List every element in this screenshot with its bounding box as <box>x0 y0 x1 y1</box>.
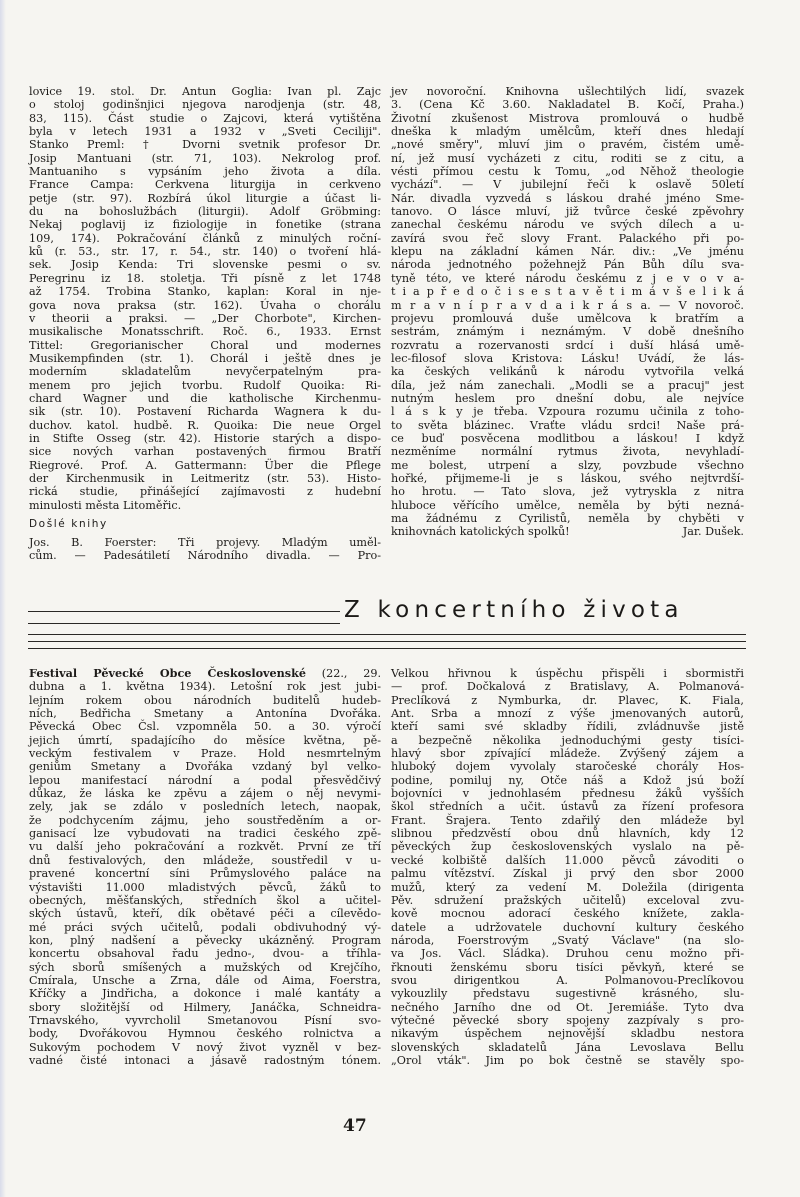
header-rule <box>28 641 746 642</box>
text-fragment: (22., 29. <box>306 667 381 680</box>
author-signature: Jar. Dušek. <box>683 525 744 538</box>
text-line: sek. Josip Kenda: Tri slovenske pesmi o … <box>29 258 381 271</box>
text-line: výstavišti 11.000 mladistvých pěvců, žák… <box>29 881 381 894</box>
column-top-left: lovice 19. stol. Dr. Antun Goglia: Ivan … <box>29 85 381 563</box>
text-line: sice nových varhan postavených firmou Br… <box>29 445 381 458</box>
text-line: slibnou předzvěstí obou dnů hlavních, kd… <box>391 827 744 840</box>
text-line: menem pro jejich tvorbu. Rudolf Quoika: … <box>29 379 381 392</box>
text-line: cům. — Padesátiletí Národního divadla. —… <box>29 549 381 562</box>
text-line: datele a udržovatele duchovní kultury če… <box>391 921 744 934</box>
text-line: petje (str. 97). Rozbírá úkol liturgie a… <box>29 192 381 205</box>
text-line: řknouti ženskému sboru tisíci pěvkyň, kt… <box>391 961 744 974</box>
text-line: France Campa: Cerkvena liturgija in cerk… <box>29 178 381 191</box>
text-line: Ant. Srba a mnozí z výše jmenovaných aut… <box>391 707 744 720</box>
text-line: zavírá svou řeč slovy Frant. Palackého p… <box>391 232 744 245</box>
text-line: ho hrotu. — Tato slova, jež vytryskla z … <box>391 485 744 498</box>
section-title: Z koncertního života <box>344 596 684 624</box>
text-line: me bolest, utrpení a slzy, povzbude všec… <box>391 459 744 472</box>
text-line: moderním skladatelům nevyčerpatelným pra… <box>29 365 381 378</box>
text-line: Kříčky a Jindřicha, a dokonce i malé kan… <box>29 987 381 1000</box>
text-line: ní, jež musí vycházeti z citu, roditi se… <box>391 152 744 165</box>
text-line: dubna a 1. května 1934). Letošní rok jes… <box>29 680 381 693</box>
column-bottom-right: Velkou hřivnou k úspěchu přispěli i sbor… <box>391 667 744 1067</box>
header-rule <box>28 634 746 635</box>
text-line: pěveckých žup československých vyslalo n… <box>391 840 744 853</box>
scan-edge <box>0 0 6 1197</box>
column-top-right: jev novoroční. Knihovna ušlechtilých lid… <box>391 85 744 539</box>
text-line: hlavý sbor zpívající mládeže. Zvýšený zá… <box>391 747 744 760</box>
text-line: a bezpečně několika jednoduchými gesty t… <box>391 734 744 747</box>
text-line: slovenských skladatelů Jána Levoslava Be… <box>391 1041 744 1054</box>
text-line: byla v letech 1931 a 1932 v „Sveti Cecil… <box>29 125 381 138</box>
text-line: podine, pomiluj ny, Otče náš a Kdož jsú … <box>391 774 744 787</box>
text-line: lec-filosof slova Kristova: Lásku! Uvádí… <box>391 352 744 365</box>
text-line: dnů festivalových, den mládeže, soustřed… <box>29 854 381 867</box>
text-line: va Jos. Václ. Sládka). Druhou cenu možno… <box>391 947 744 960</box>
text-line: výtečné pěvecké sbory spojeny zazpívaly … <box>391 1014 744 1027</box>
text-line: kon, plný nadšení a pěvecky ukázněný. Pr… <box>29 934 381 947</box>
text-line: ků (r. 53., str. 17, r. 54., str. 140) o… <box>29 245 381 258</box>
text-line: mužů, který za vedení M. Doležila (dirig… <box>391 881 744 894</box>
text-line: nezměníme normální rytmus života, nevyhl… <box>391 445 744 458</box>
text-line: Mantuaniho s vypsáním jeho života a díla… <box>29 165 381 178</box>
text-line: jev novoroční. Knihovna ušlechtilých lid… <box>391 85 744 98</box>
text-line: Trnavského, vyvrcholil Smetanovou Písní … <box>29 1014 381 1027</box>
text-line: koncertu obsahoval řadu jedno-, dvou- a … <box>29 947 381 960</box>
text-line: tanovo. O lásce mluví, již tvůrce české … <box>391 205 744 218</box>
text-line: m r a v n í p r a v d a i k r á s a. — V… <box>391 299 744 312</box>
text-line: mé práci svých učitelů, podali obdivuhod… <box>29 921 381 934</box>
text-line: lovice 19. stol. Dr. Antun Goglia: Ivan … <box>29 85 381 98</box>
text-line: in Stifte Osseg (str. 42). Historie star… <box>29 432 381 445</box>
text-line: Jos. B. Foerster: Tři projevy. Mladým um… <box>29 536 381 549</box>
text-line: Životní zkušenost Mistrova promlouvá o h… <box>391 112 744 125</box>
text-line: vésti přímou cestu k Tomu, „od Něhož the… <box>391 165 744 178</box>
text-line: sých sborů smíšených a mužských od Krejč… <box>29 961 381 974</box>
text-line: Pěvecká Obec Čsl. vzpomněla 50. a 30. vý… <box>29 720 381 733</box>
text-line: hluboký dojem vyvolaly staročeské chorál… <box>391 760 744 773</box>
page-number: 47 <box>343 1116 367 1136</box>
text-line: Pěv. sdružení pražských učitelů) excelov… <box>391 894 744 907</box>
header-rule <box>28 648 746 649</box>
text-line: knihovnách katolických spolků!Jar. Dušek… <box>391 525 744 538</box>
text-line: veckým festivalem v Praze. Hold nesmrtel… <box>29 747 381 760</box>
text-line: Josip Mantuani (str. 71, 103). Nekrolog … <box>29 152 381 165</box>
text-line: lepou manifestací národní a podal přesvě… <box>29 774 381 787</box>
text-line: chard Wagner und die katholische Kirchen… <box>29 392 381 405</box>
text-line: rická studie, přinášející zajímavosti z … <box>29 485 381 498</box>
text-line: Riegrové. Prof. A. Gattermann: Über die … <box>29 459 381 472</box>
text-line: národa jednotného požehnejž Pán Bůh dílu… <box>391 258 744 271</box>
text-line: vychází". — V jubilejní řeči k oslavě 50… <box>391 178 744 191</box>
text-line: kteří sami své skladby řídili, zvládnuvš… <box>391 720 744 733</box>
text-line: že podchycením zájmu, jeho soustředěním … <box>29 814 381 827</box>
text-line: kově mocnou adorací českého knížete, zak… <box>391 907 744 920</box>
text-line: knihovnách katolických spolků! <box>391 525 570 538</box>
text-line: dneška k mladým umělcům, kteří dnes hled… <box>391 125 744 138</box>
text-line: du na bohoslužbách (liturgii). Adolf Grö… <box>29 205 381 218</box>
subsection-title: Došlé knihy <box>29 518 381 532</box>
text-line: minulosti města Litoměřic. <box>29 499 381 512</box>
text-line: až 1754. Trobina Stanko, kaplan: Koral i… <box>29 285 381 298</box>
text-line: pravené koncertní síni Průmyslového palá… <box>29 867 381 880</box>
text-line: ma žádnému z Cyrilistů, neměla by chybět… <box>391 512 744 525</box>
text-line: duchov. katol. hudbě. R. Quoika: Die neu… <box>29 419 381 432</box>
text-line: nutným heslem pro dnešní dobu, ale nejví… <box>391 392 744 405</box>
text-line: vykouzlily představu sugestivně krásného… <box>391 987 744 1000</box>
text-line: ganisací lze vybudovati na tradici české… <box>29 827 381 840</box>
column-bottom-left: Festival Pěvecké Obce Československé (22… <box>29 667 381 1067</box>
text-line: palmu vítězství. Získal ji prvý den sbor… <box>391 867 744 880</box>
text-line: Cmírala, Unsche a Zrna, dále od Aima, Fo… <box>29 974 381 987</box>
text-line: body, Dvořákovou Hymnou českého rolnictv… <box>29 1027 381 1040</box>
section-header: Z koncertního života <box>28 600 746 650</box>
text-line: bojovníci v jednohlasém přednesu žáků vy… <box>391 787 744 800</box>
text-line: ních, Bedřicha Smetany a Antonína Dvořák… <box>29 707 381 720</box>
text-line: v theorii a praksi. — „Der Chorbote", Ki… <box>29 312 381 325</box>
text-line: jejich úmrtí, spadajícího do měsíce květ… <box>29 734 381 747</box>
text-line: Festival Pěvecké Obce Československé (22… <box>29 667 381 680</box>
text-line: Tittel: Gregorianischer Choral und moder… <box>29 339 381 352</box>
text-line: o stoloj godinšnjici njegova narodjenja … <box>29 98 381 111</box>
text-line: škol středních a učit. ústavů za řízení … <box>391 800 744 813</box>
text-line: důkaz, že láska ke zpěvu a zájem o něj n… <box>29 787 381 800</box>
text-line: Velkou hřivnou k úspěchu přispěli i sbor… <box>391 667 744 680</box>
text-line: projevu promlouvá duše umělcova k bratří… <box>391 312 744 325</box>
text-line: ce buď posvěcena modlitbou a láskou! I k… <box>391 432 744 445</box>
text-line: geniům Smetany a Dvořáka vzdaný byl velk… <box>29 760 381 773</box>
text-line: lejním rokem obou národních buditelů hud… <box>29 694 381 707</box>
text-line: Nár. divadla vyzvedá s láskou drahé jmén… <box>391 192 744 205</box>
text-line: Sukovým pochodem V nový život vyzněl v b… <box>29 1041 381 1054</box>
text-line: zanechal českému národu ve svých dílech … <box>391 218 744 231</box>
text-line: Frant. Šrajera. Tento zdařilý den mládež… <box>391 814 744 827</box>
text-line: 83, 115). Část studie o Zajcovi, která v… <box>29 112 381 125</box>
text-line: svou dirigentkou A. Polmanovou-Preclíkov… <box>391 974 744 987</box>
text-line: rozvratu a rozervanosti srdcí i duší hlá… <box>391 339 744 352</box>
text-line: to světa blázinec. Vraťte vládu srdci! N… <box>391 419 744 432</box>
text-line: hořké, přijmeme-li je s láskou, svého ne… <box>391 472 744 485</box>
text-line: klepu na základní kámen Nár. div.: „Ve j… <box>391 245 744 258</box>
text-line: ských ústavů, kteří, dík obětavé péči a … <box>29 907 381 920</box>
text-line: tyně této, ve které národu českému z j e… <box>391 272 744 285</box>
text-line: musikalische Monatsschrift. Roč. 6., 193… <box>29 325 381 338</box>
text-line: vu další jeho pokračování a rozkvět. Prv… <box>29 840 381 853</box>
text-line: zely, jak se zdálo v posledních letech, … <box>29 800 381 813</box>
article-lead: Festival Pěvecké Obce Československé <box>29 666 306 680</box>
text-line: obecných, měšťanských, středních škol a … <box>29 894 381 907</box>
text-line: „Orol vták". Jim po bok čestně se stavěl… <box>391 1054 744 1067</box>
text-line: sbory složitější od Hilmery, Janáčka, Sc… <box>29 1001 381 1014</box>
text-line: l á s k y je třeba. Vzpoura rozumu učini… <box>391 405 744 418</box>
text-line: Musikempfinden (str. 1). Chorál i ještě … <box>29 352 381 365</box>
text-line: národa, Foerstrovým „Svatý Václave" (na … <box>391 934 744 947</box>
text-line: der Kirchenmusik in Leitmeritz (str. 53)… <box>29 472 381 485</box>
text-line: Peregrinu iz 18. stoletja. Tři písně z l… <box>29 272 381 285</box>
text-line: Stanko Preml: † Dvorni svetnik profesor … <box>29 138 381 151</box>
text-line: Nekaj poglavij iz fiziologije in fonetik… <box>29 218 381 231</box>
text-line: hluboce věřícího umělce, neměla by býti … <box>391 499 744 512</box>
text-line: gova nova praksa (str. 162). Úvaha o cho… <box>29 299 381 312</box>
header-rule <box>28 611 340 612</box>
text-line: sik (str. 10). Postavení Richarda Wagner… <box>29 405 381 418</box>
text-line: nečného Jarního dne od Ot. Jeremiáše. Ty… <box>391 1001 744 1014</box>
text-line: — prof. Dočkalová z Bratislavy, A. Polma… <box>391 680 744 693</box>
text-line: Preclíková z Nymburka, dr. Plavec, K. Fi… <box>391 694 744 707</box>
text-line: t i a p ř e d o č i s e s t a v ě t i m … <box>391 285 744 298</box>
text-line: sestrám, známým i neznámým. V době dnešn… <box>391 325 744 338</box>
text-line: vecké kolbiště dalších 11.000 pěvců závo… <box>391 854 744 867</box>
text-line: 3. (Cena Kč 3.60. Nakladatel B. Kočí, Pr… <box>391 98 744 111</box>
text-line: „nové směry", mluví jim o pravém, čistém… <box>391 138 744 151</box>
header-rule <box>28 623 340 624</box>
text-line: díla, jež nám zanechali. „Modli se a pra… <box>391 379 744 392</box>
text-line: 109, 174). Pokračování článků z minulých… <box>29 232 381 245</box>
text-line: nikavým úspěchem nejnovější skladbu nest… <box>391 1027 744 1040</box>
text-line: vadné čisté intonaci a jásavě radostným … <box>29 1054 381 1067</box>
text-line: ka českých velikánů k národu vytvořila v… <box>391 365 744 378</box>
